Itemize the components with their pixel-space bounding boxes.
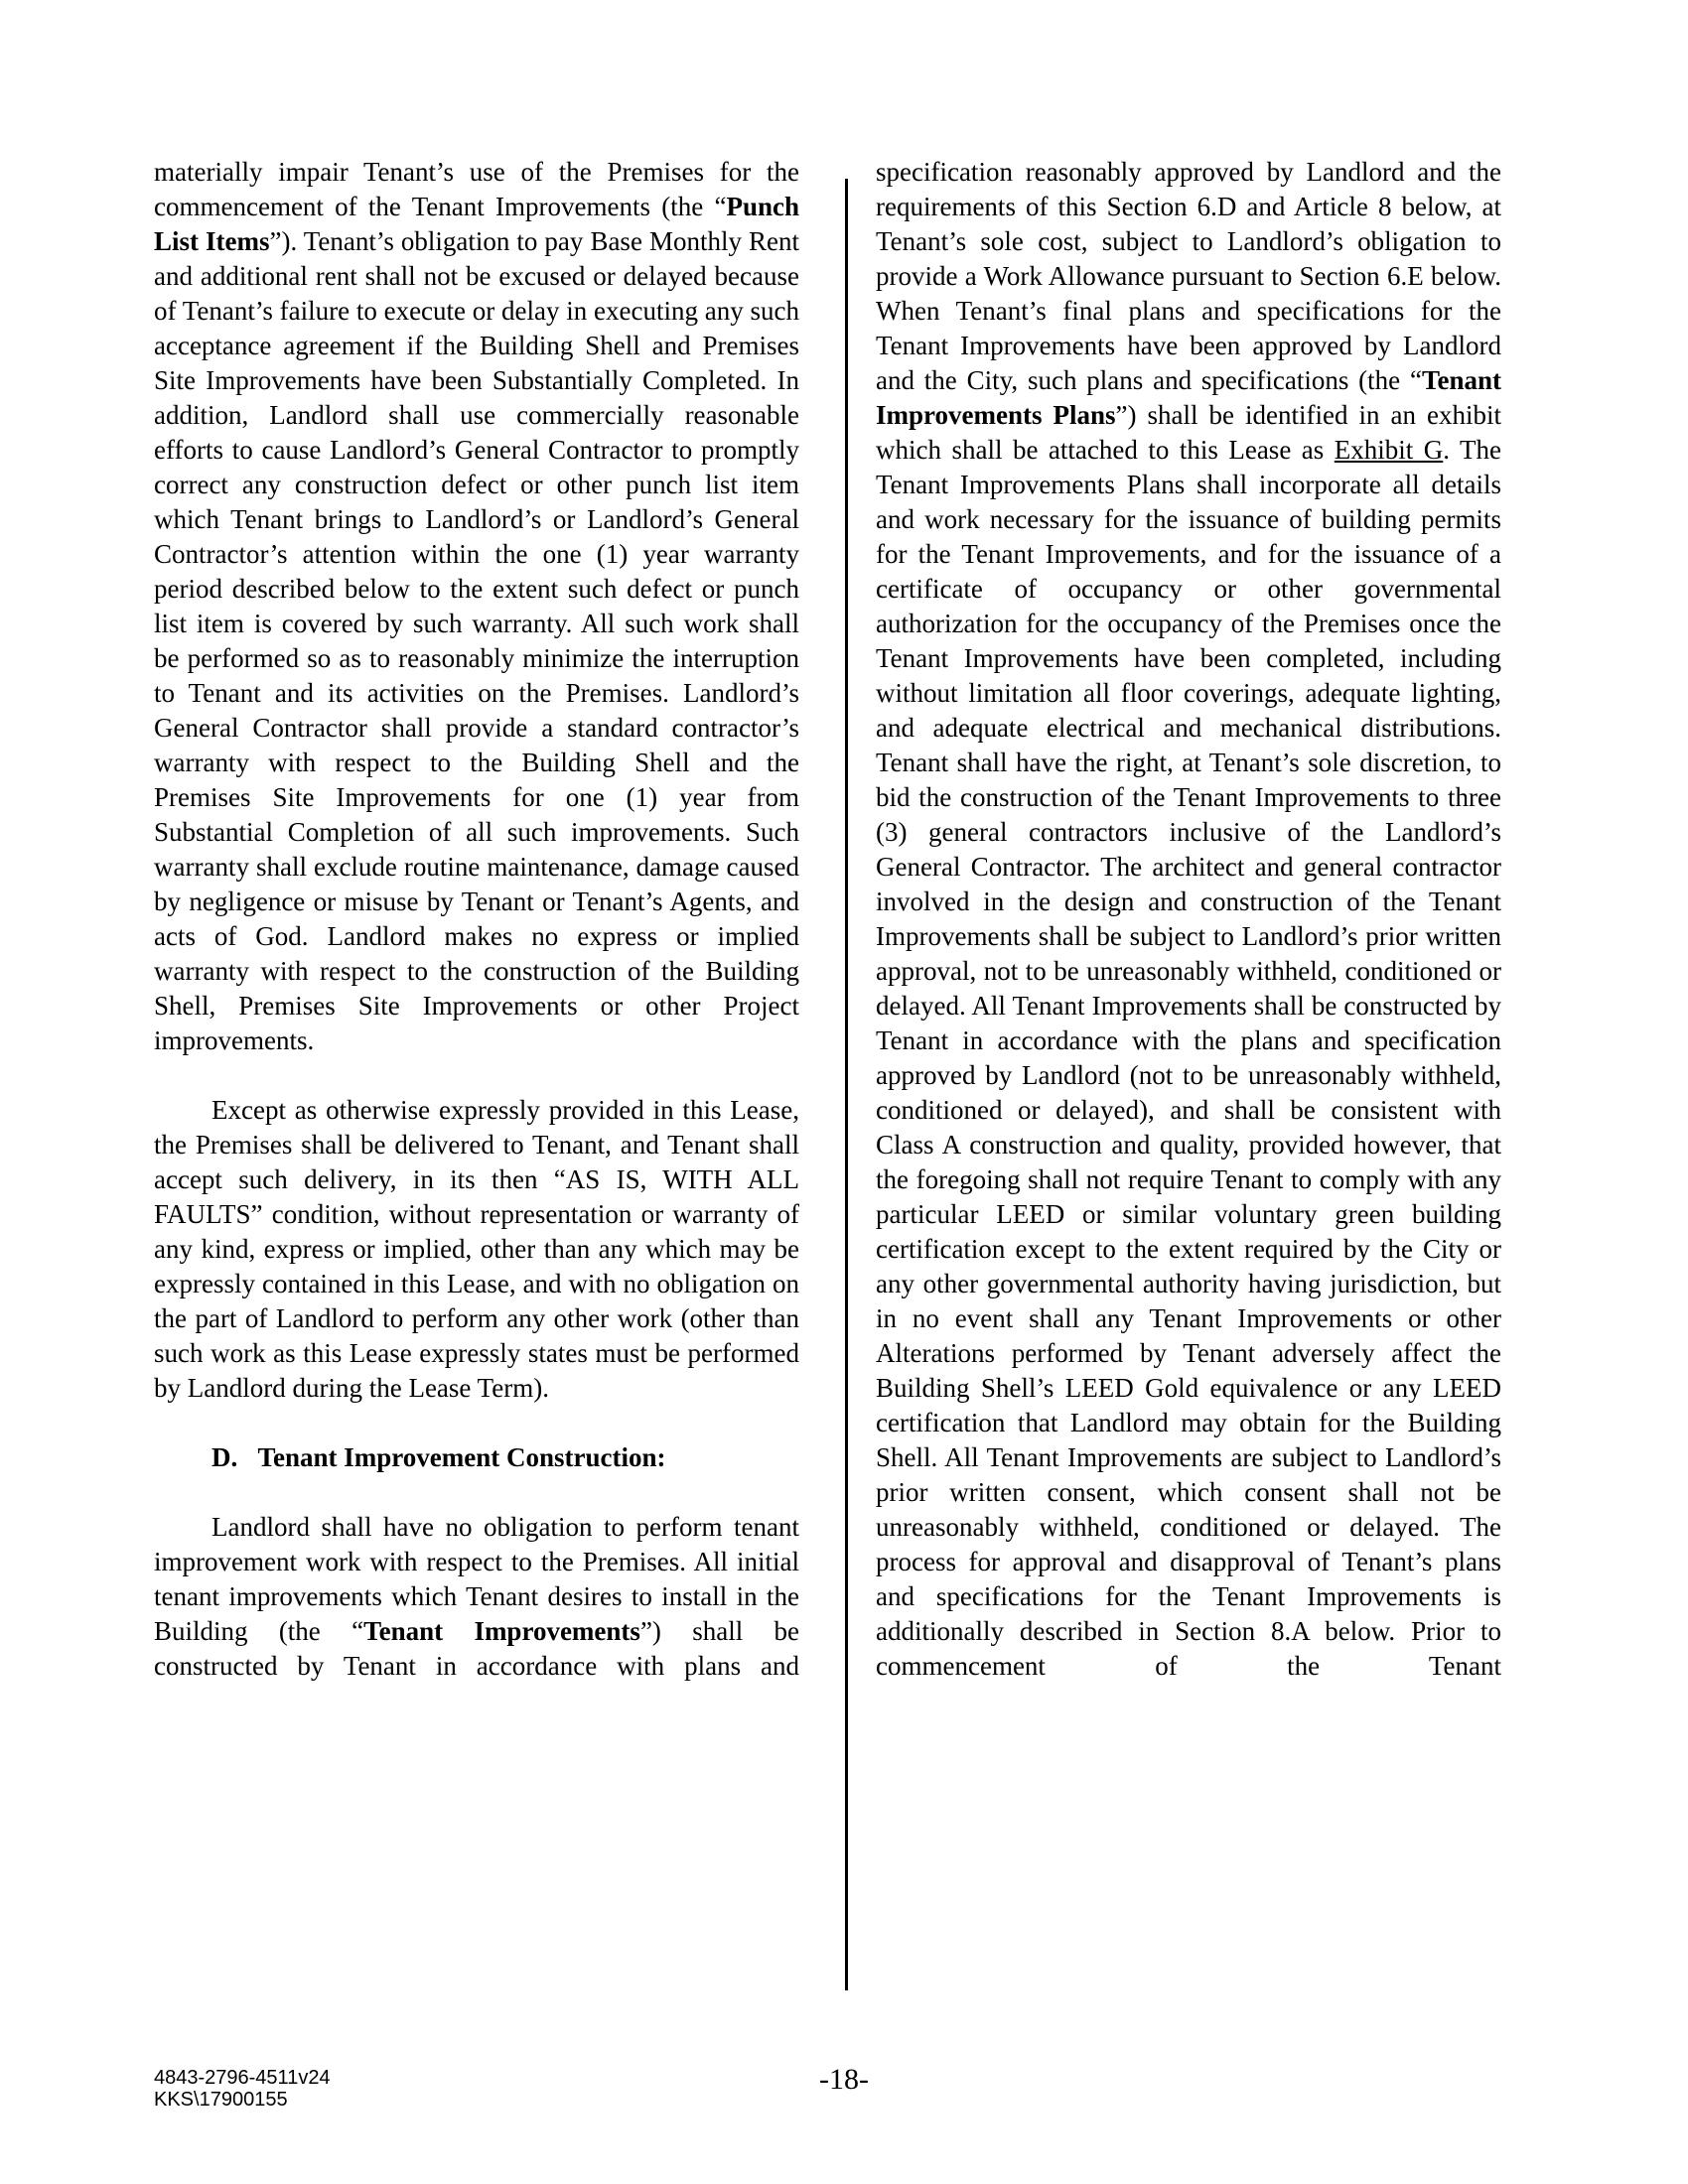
left-paragraph-tenant-improvements: Landlord shall have no obligation to per… — [154, 1510, 799, 1684]
footer-page-number: -18- — [0, 2063, 1688, 2097]
left-column: materially impair Tenant’s use of the Pr… — [154, 155, 799, 1684]
exhibit-g-reference: Exhibit G — [1335, 435, 1444, 465]
left-paragraph-as-is: Except as otherwise expressly provided i… — [154, 1093, 799, 1406]
paragraph-text: Except as otherwise expressly provided i… — [154, 1095, 799, 1403]
right-paragraph-continuation: specification reasonably approved by Lan… — [876, 155, 1501, 1684]
defined-term-tenant-improvements: Tenant Improvements — [363, 1616, 640, 1646]
section-heading-d: D. Tenant Improvement Construction: — [154, 1440, 799, 1475]
heading-text: D. Tenant Improvement Construction: — [211, 1442, 666, 1472]
paragraph-text: specification reasonably approved by Lan… — [876, 157, 1501, 395]
paragraph-text: ”). Tenant’s obligation to pay Base Mont… — [154, 226, 799, 1055]
document-page: { "document": { "left_column": { "paragr… — [0, 0, 1688, 2184]
left-paragraph-continuation: materially impair Tenant’s use of the Pr… — [154, 155, 799, 1058]
paragraph-text: materially impair Tenant’s use of the Pr… — [154, 157, 799, 221]
right-column: specification reasonably approved by Lan… — [876, 155, 1501, 1684]
paragraph-text: . The Tenant Improvements Plans shall in… — [876, 435, 1501, 1681]
column-divider-rule — [845, 179, 848, 1990]
